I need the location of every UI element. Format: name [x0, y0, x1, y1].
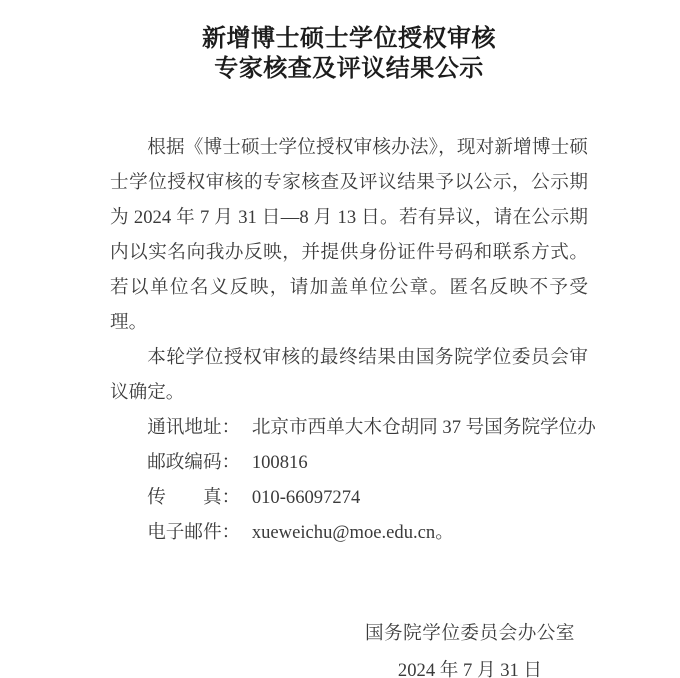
document-content: 新增博士硕士学位授权审核 专家核查及评议结果公示 根据《博士硕士学位授权审核办法…: [0, 0, 680, 678]
document-title-line-1: 新增博士硕士学位授权审核: [110, 24, 588, 54]
paragraph-final-result: 本轮学位授权审核的最终结果由国务院学位委员会审议确定。: [110, 340, 588, 410]
contact-line-email: 电子邮件： xueweichu@moe.edu.cn。: [110, 515, 588, 550]
contact-label-postcode: 邮政编码：: [147, 452, 240, 473]
contact-value-fax: 010-66097274: [252, 487, 360, 508]
signature-date: 2024 年 7 月 31 日: [365, 660, 575, 678]
notice-document-page: 新增博士硕士学位授权审核 专家核查及评议结果公示 根据《博士硕士学位授权审核办法…: [0, 0, 680, 678]
contact-value-postcode: 100816: [252, 452, 308, 473]
document-body: 根据《博士硕士学位授权审核办法》，现对新增博士硕士学位授权审核的专家核查及评议结…: [110, 130, 588, 550]
contact-value-email: xueweichu@moe.edu.cn。: [252, 522, 454, 543]
document-title-line-2: 专家核查及评议结果公示: [110, 54, 588, 84]
contact-line-postcode: 邮政编码： 100816: [110, 445, 588, 480]
contact-value-address: 北京市西单大木仓胡同 37 号国务院学位办: [252, 417, 596, 438]
contact-line-fax: 传 真： 010-66097274: [110, 480, 588, 515]
contact-label-email: 电子邮件：: [147, 522, 240, 543]
signature-inner: 国务院学位委员会办公室 2024 年 7 月 31 日: [365, 623, 575, 678]
paragraph-basis-and-period: 根据《博士硕士学位授权审核办法》，现对新增博士硕士学位授权审核的专家核查及评议结…: [110, 130, 588, 340]
contact-line-address: 通讯地址： 北京市西单大木仓胡同 37 号国务院学位办: [110, 410, 588, 445]
signature-organization: 国务院学位委员会办公室: [365, 623, 575, 645]
contact-label-fax: 传 真：: [147, 487, 240, 508]
signature-block: 国务院学位委员会办公室 2024 年 7 月 31 日: [110, 623, 588, 678]
document-title: 新增博士硕士学位授权审核 专家核查及评议结果公示: [110, 24, 588, 84]
contact-label-address: 通讯地址：: [147, 417, 240, 438]
